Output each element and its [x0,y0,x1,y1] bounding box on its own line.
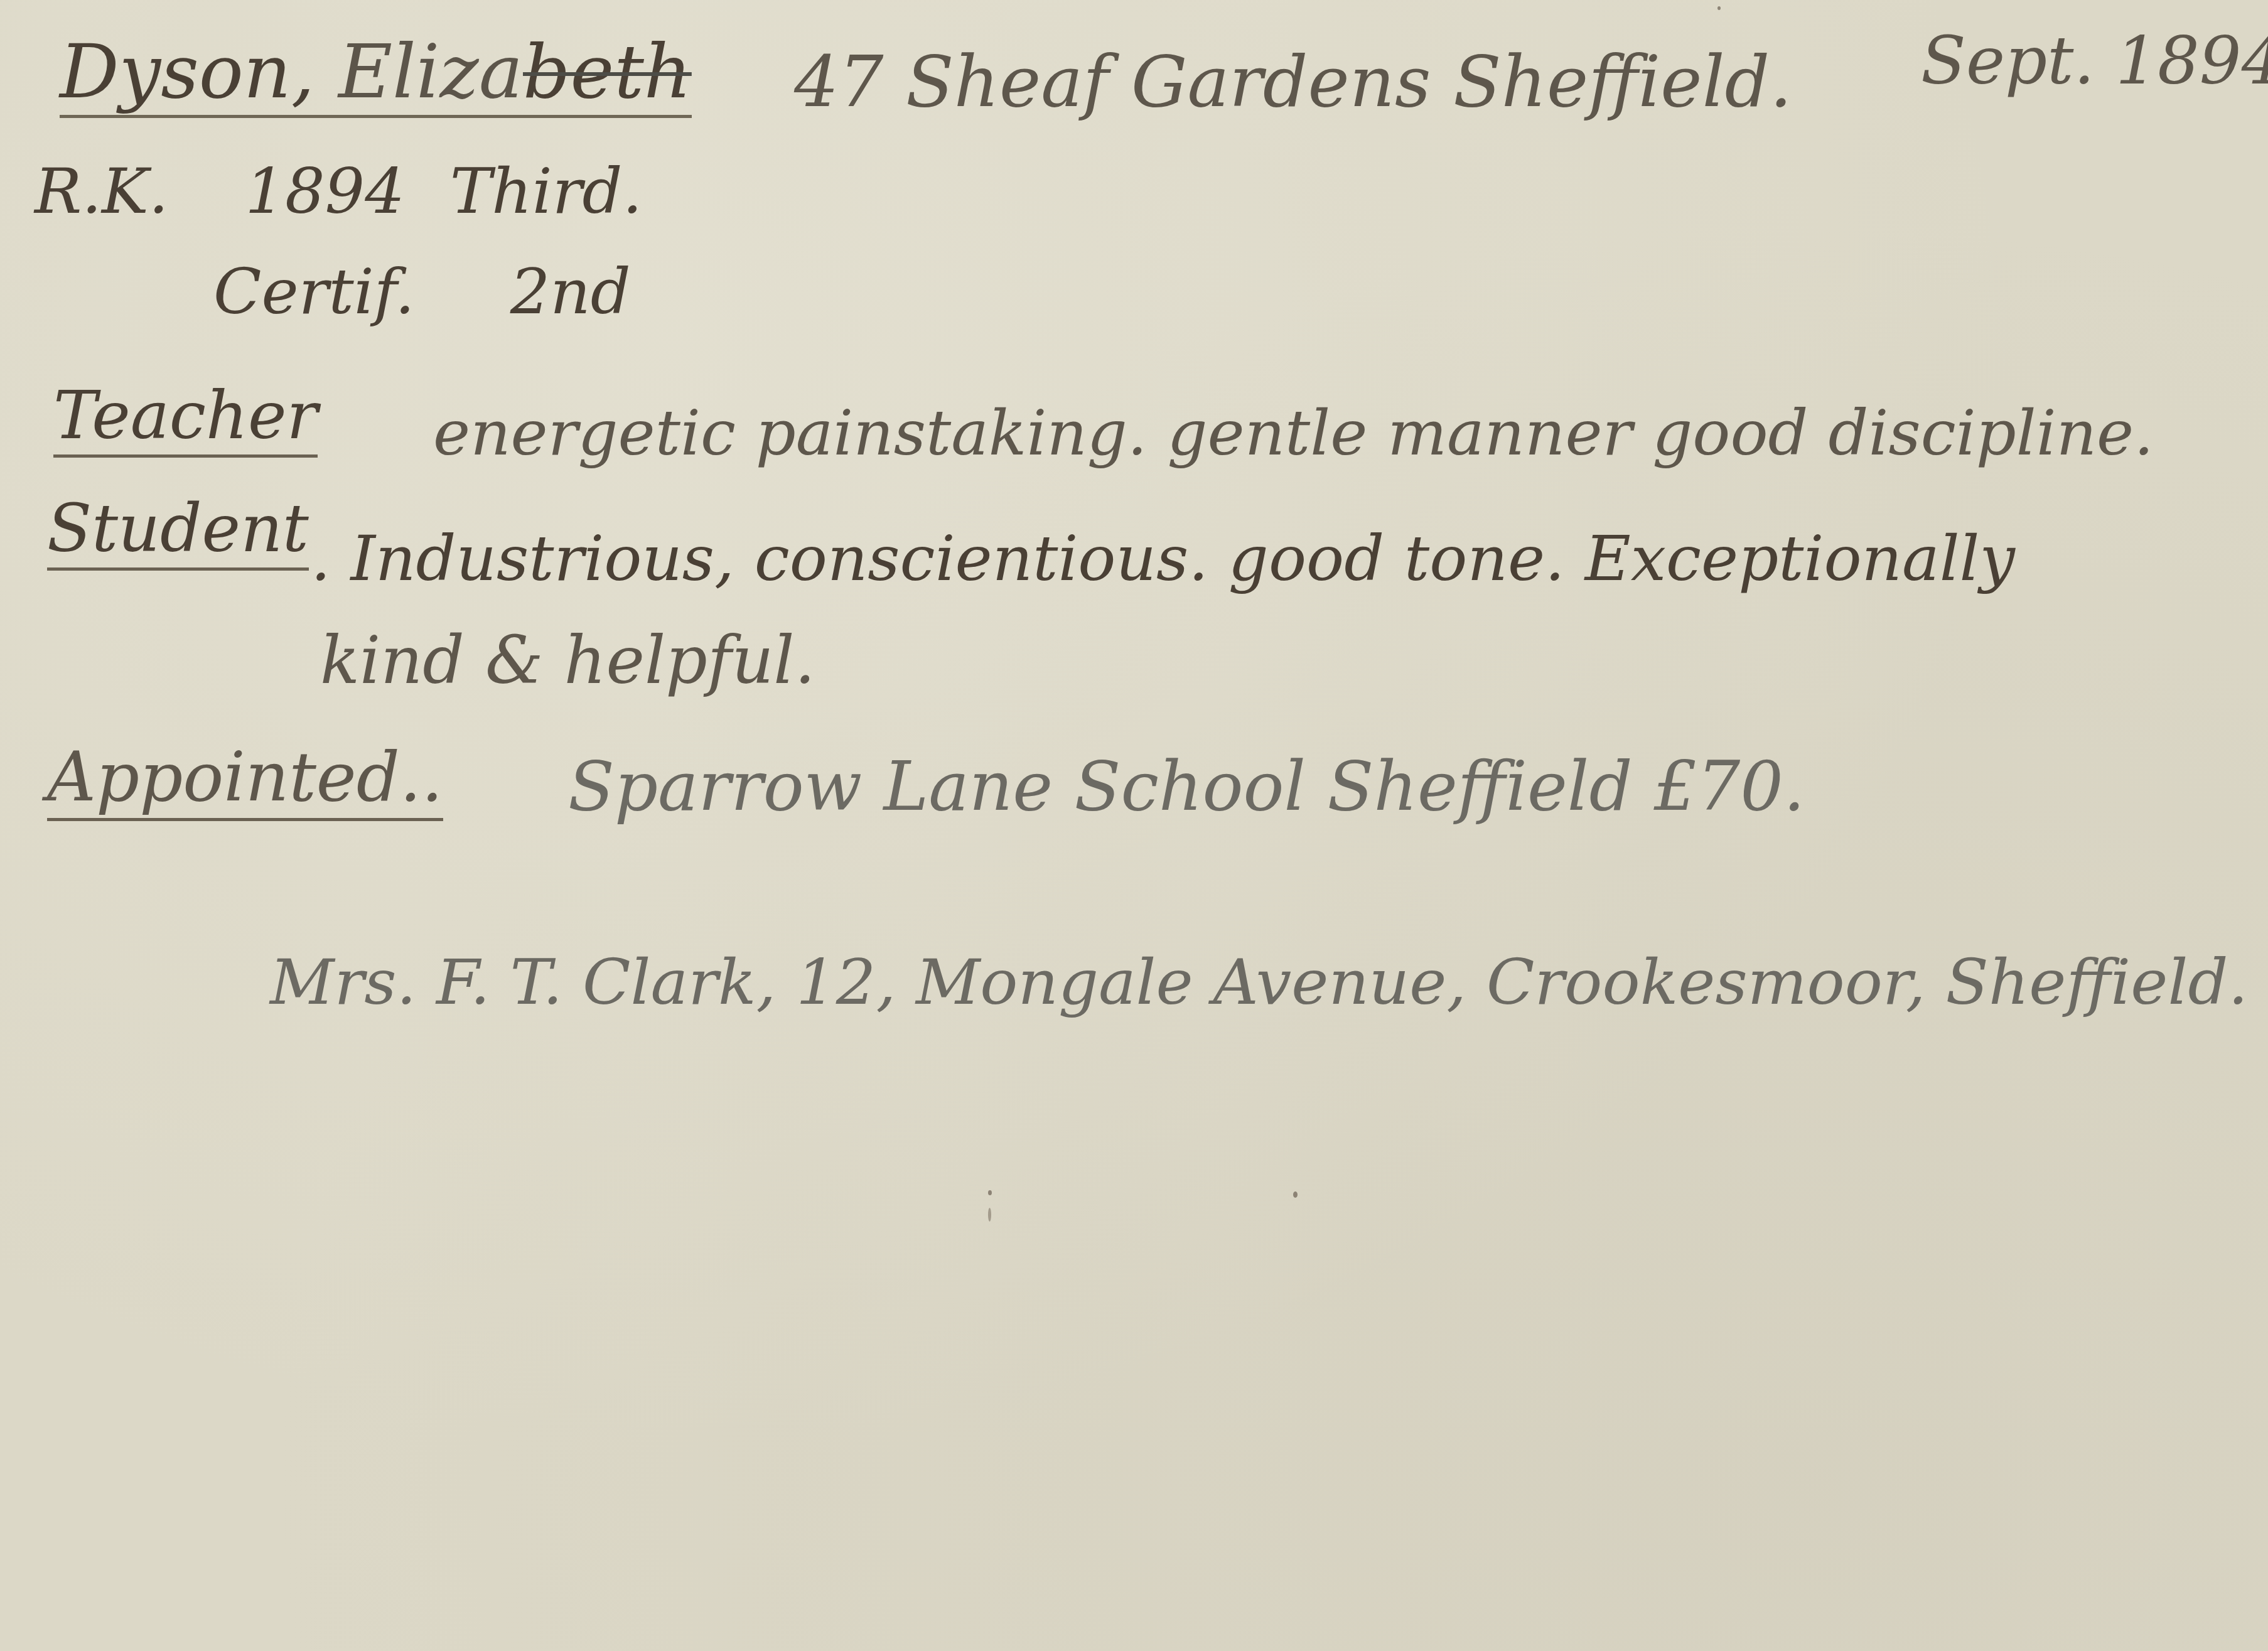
exam-prefix: R.K. [35,154,169,228]
struck-out-text: beth [523,28,692,115]
surname: Dyson, [60,28,314,115]
exam-year: 1894 [245,154,405,228]
student-label-line: Student [47,496,309,571]
exam-class: Third. [450,154,643,228]
name-line: Dyson, Elizabeth [60,35,692,118]
student-label: Student [47,496,309,571]
teacher-label-line: Teacher [53,383,318,458]
qualification-line-2: Certif. 2nd [213,261,631,323]
home-address: 47 Sheaf Gardens Sheffield. [794,47,1792,117]
record-card: Dyson, Elizabeth 47 Sheaf Gardens Sheffi… [0,0,2268,1651]
certificate-class: 2nd [510,255,631,328]
student-name: Dyson, Elizabeth [60,35,692,118]
appointed-label: Appointed.. [47,744,443,821]
later-address: Mrs. F. T. Clark, 12, Mongale Avenue, Cr… [270,951,2248,1014]
paper-fleck [988,1190,992,1195]
given-name: Eliza [338,28,523,115]
entry-date: Sept. 1894 [1921,28,2268,94]
paper-fleck [1293,1191,1298,1198]
student-assessment-line-1: . Industrious, conscientious. good tone.… [311,527,2015,590]
paper-fleck [988,1208,991,1222]
student-assessment-line-2: kind & helpful. [320,628,815,693]
teacher-assessment: energetic painstaking. gentle manner goo… [433,402,2154,465]
paper-fleck [1717,6,1721,10]
appointment-details: Sparrow Lane School Sheffield £70. [568,753,1805,821]
certificate-label: Certif. [213,255,415,328]
qualification-line-1: R.K. 1894 Third. [35,160,642,223]
teacher-label: Teacher [53,383,318,458]
appointed-label-line: Appointed.. [47,744,443,821]
